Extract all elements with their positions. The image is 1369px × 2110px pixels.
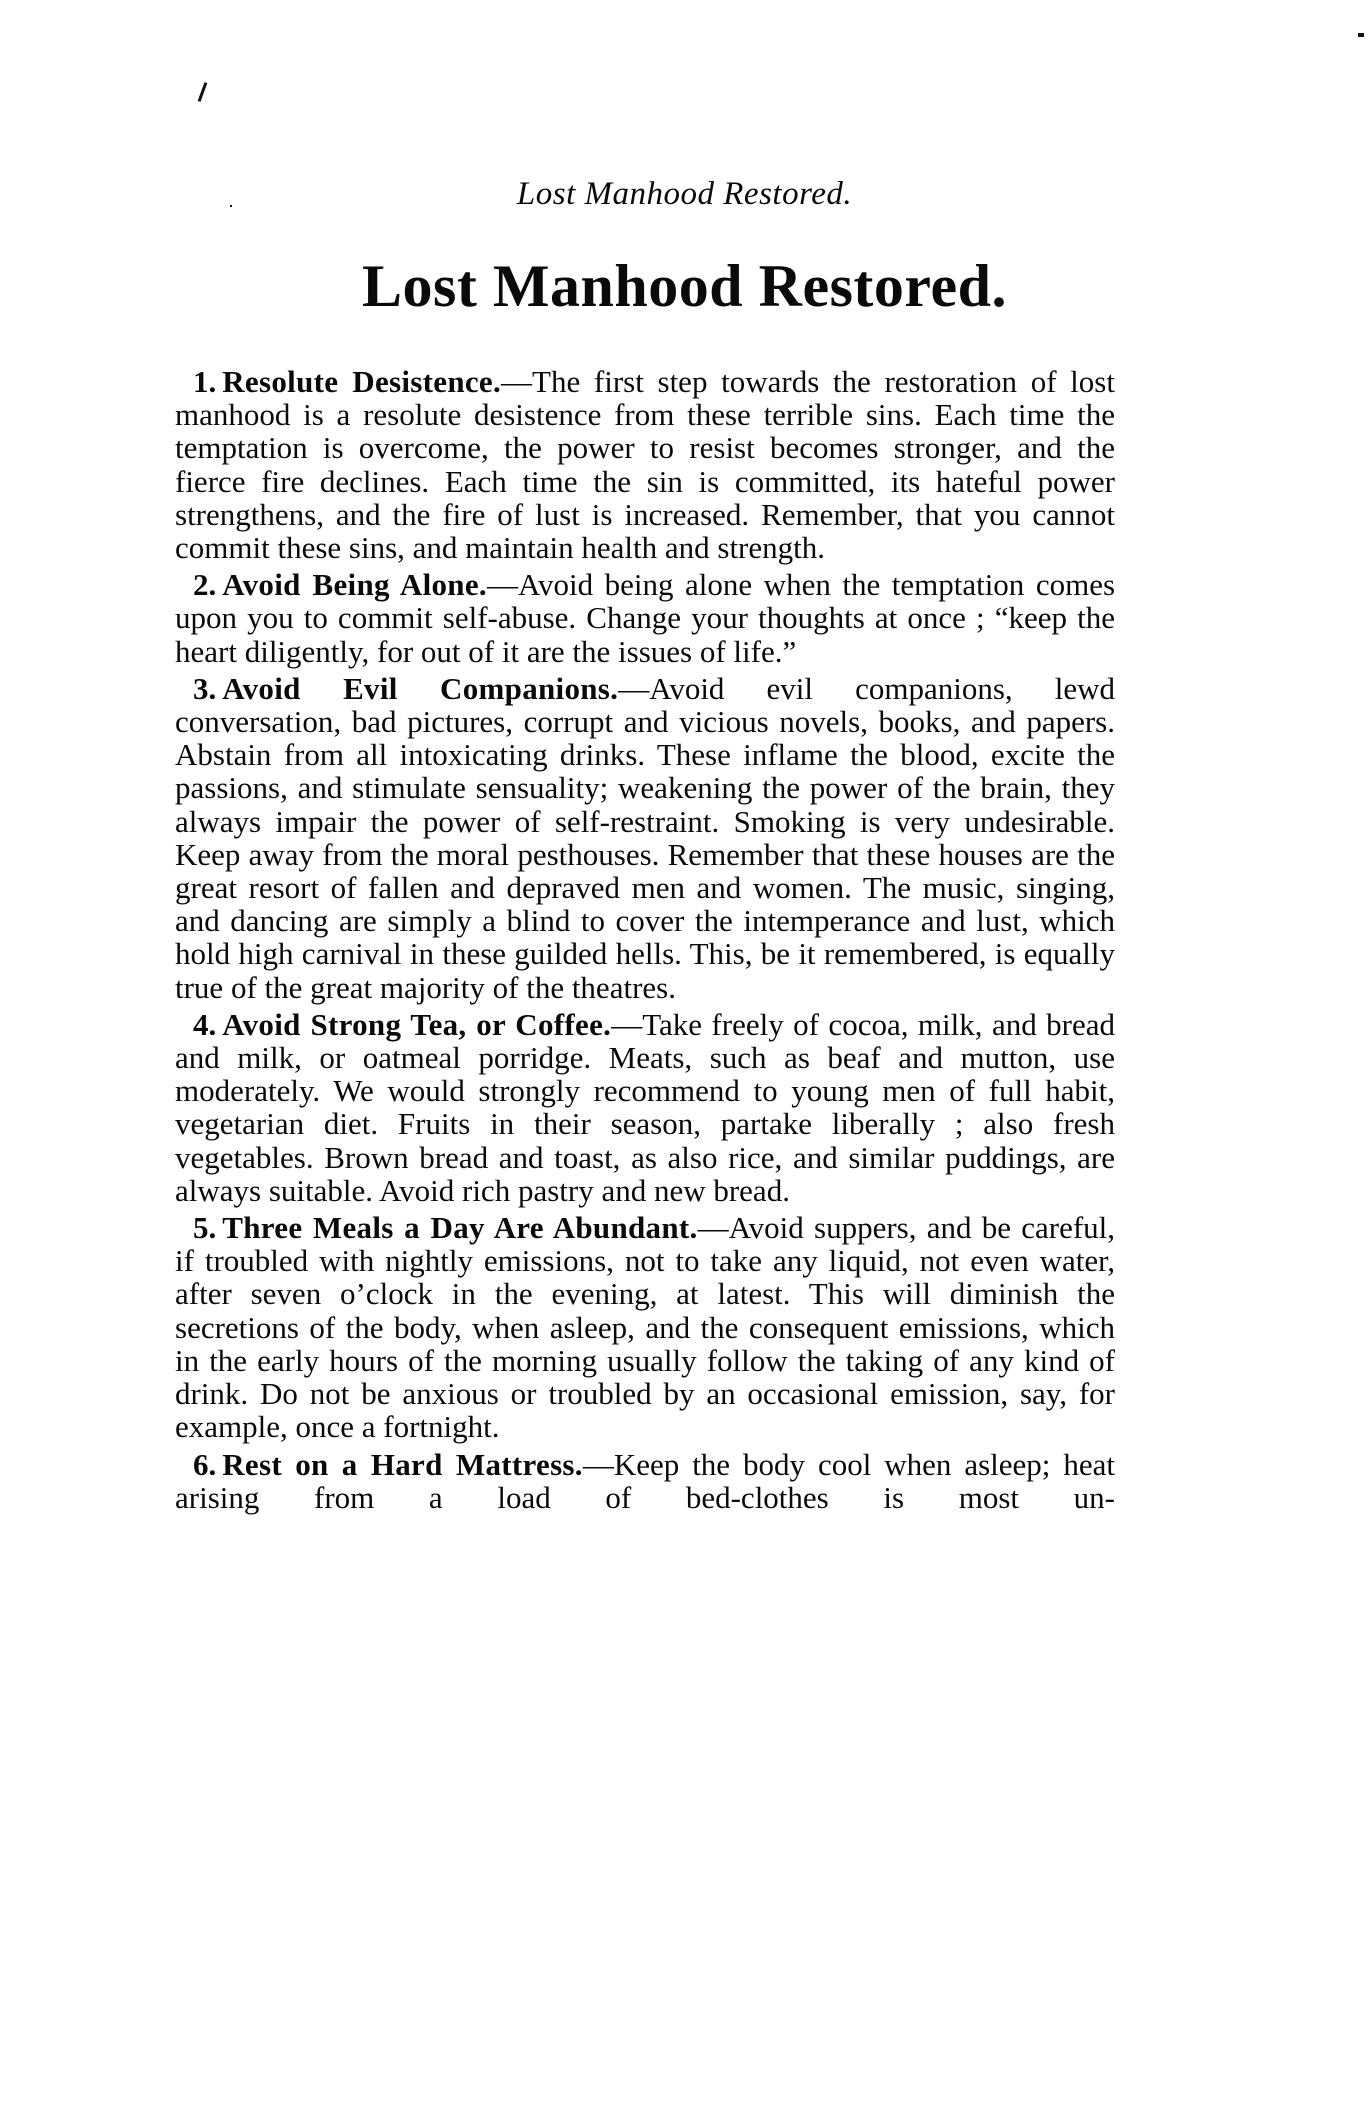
section-number: 4.: [193, 1007, 216, 1042]
page-body: 1.Resolute Desistence.—The first step to…: [175, 365, 1115, 1518]
section-resolute-desistence: 1.Resolute Desistence.—The first step to…: [175, 365, 1115, 564]
scan-mark: [1358, 33, 1364, 37]
section-heading: Rest on a Hard Mattress.: [222, 1447, 583, 1482]
section-number: 5.: [193, 1210, 216, 1245]
section-heading: Resolute Desistence.: [222, 364, 501, 399]
section-heading: Avoid Evil Companions.: [222, 671, 618, 706]
section-avoid-evil-companions: 3.Avoid Evil Companions.—Avoid evil comp…: [175, 672, 1115, 1004]
section-heading: Avoid Strong Tea, or Coffee.: [222, 1007, 611, 1042]
section-heading: Avoid Being Alone.: [222, 567, 487, 602]
section-number: 1.: [193, 364, 216, 399]
section-heading: Three Meals a Day Are Abundant.: [222, 1210, 697, 1245]
section-number: 2.: [193, 567, 216, 602]
page-title: Lost Manhood Restored.: [0, 252, 1369, 321]
section-number: 3.: [193, 671, 216, 706]
section-avoid-strong-tea: 4.Avoid Strong Tea, or Coffee.—Take free…: [175, 1008, 1115, 1207]
section-avoid-being-alone: 2.Avoid Being Alone.—Avoid being alone w…: [175, 568, 1115, 668]
section-hard-mattress: 6.Rest on a Hard Mattress.—Keep the body…: [175, 1448, 1115, 1514]
section-text: —Avoid evil companions, lewd conversatio…: [175, 671, 1115, 1005]
section-three-meals: 5.Three Meals a Day Are Abundant.—Avoid …: [175, 1211, 1115, 1443]
section-number: 6.: [193, 1447, 216, 1482]
scan-mark: [198, 82, 208, 102]
section-text: —Avoid suppers, and be careful, if troub…: [175, 1210, 1115, 1444]
running-head: Lost Manhood Restored.: [0, 176, 1369, 213]
